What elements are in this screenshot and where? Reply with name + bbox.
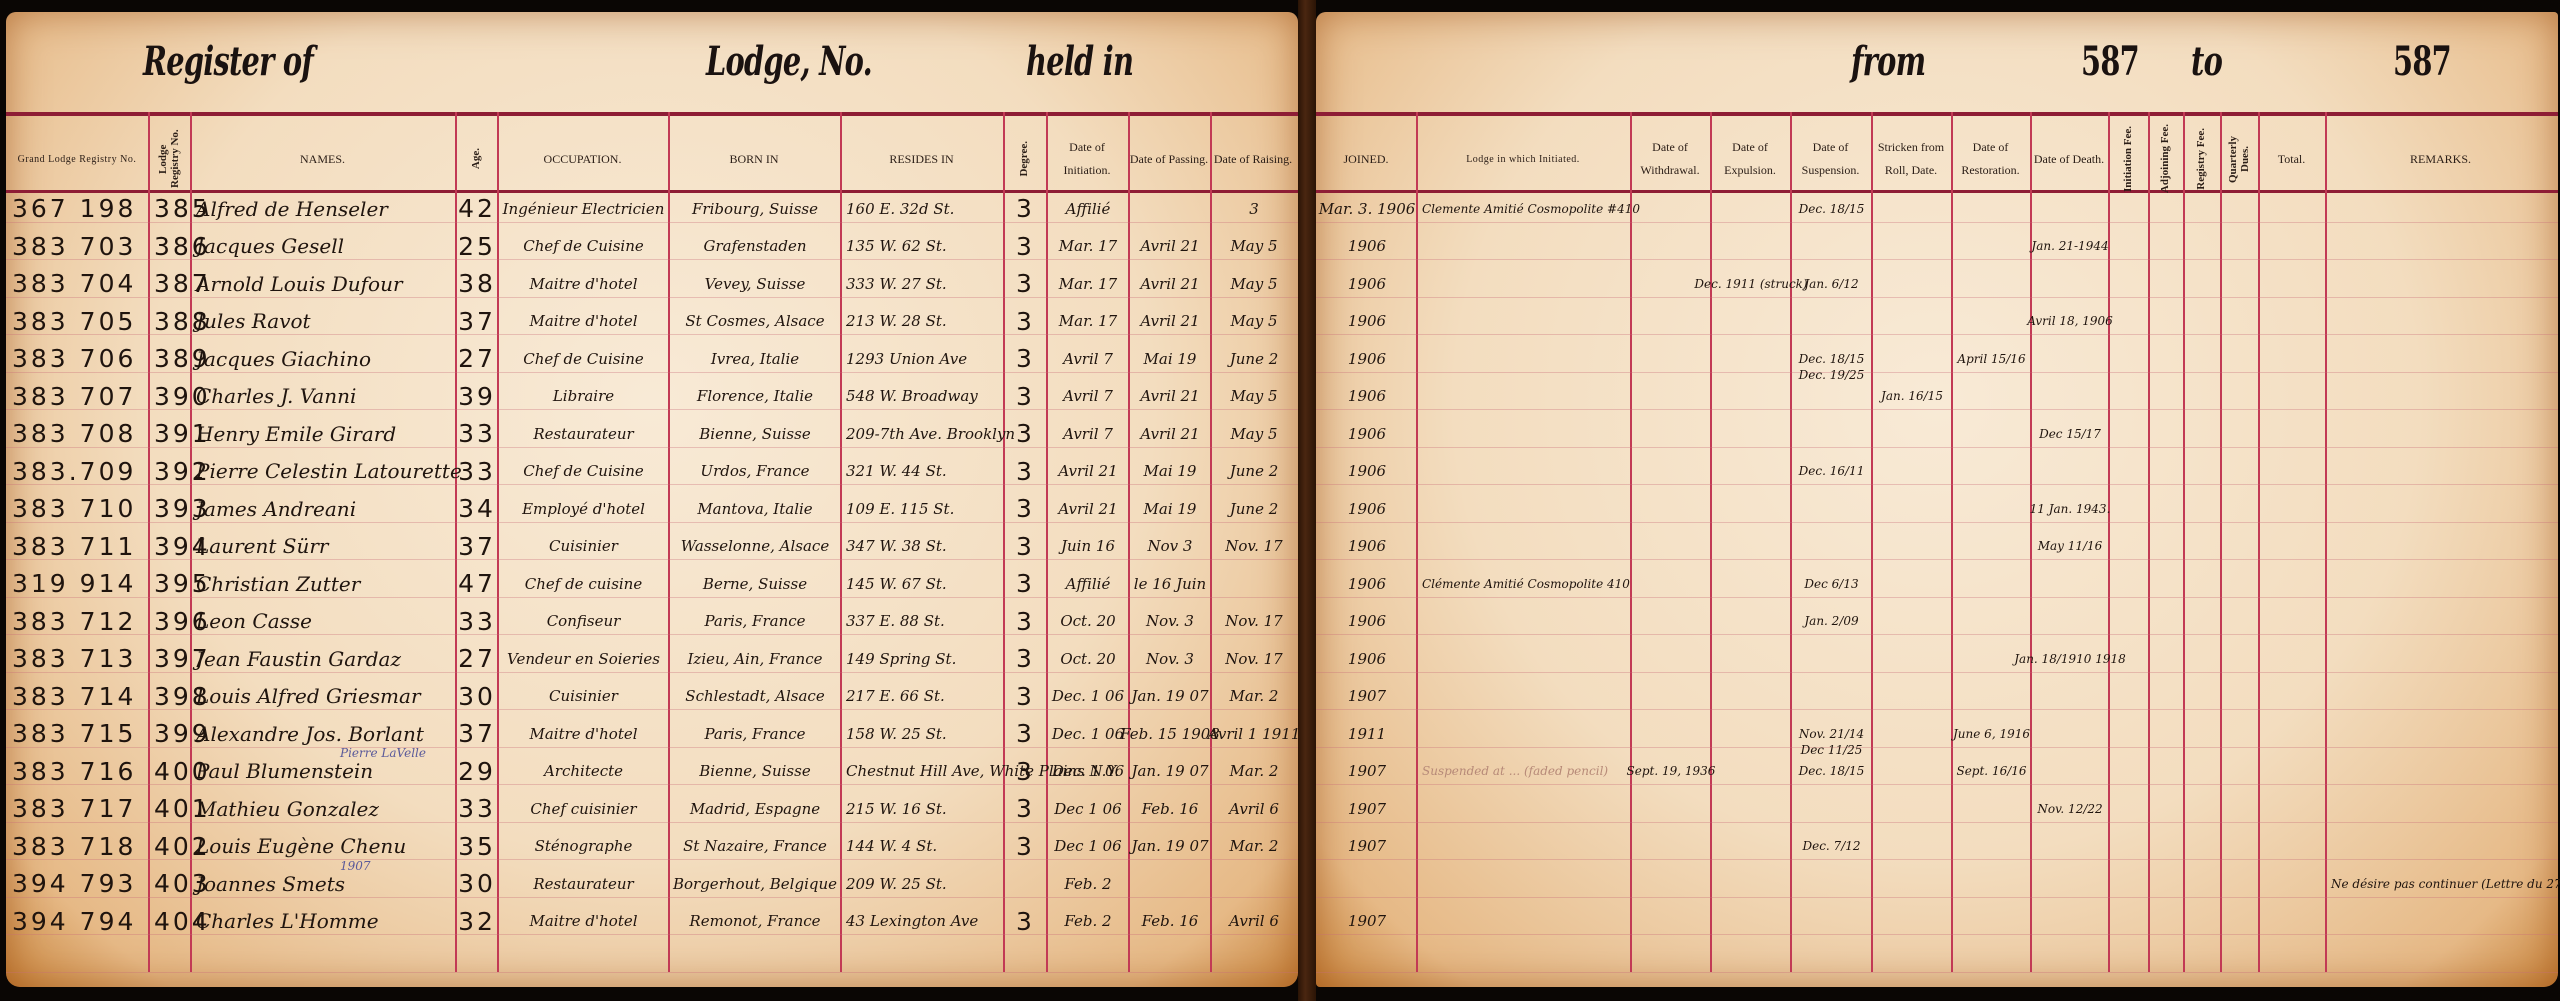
- date-withdrawal-cell: [1636, 453, 1706, 490]
- date-raising-cell: Nov. 17: [1216, 603, 1292, 640]
- lodge-registry-no-cell: 386: [154, 228, 186, 265]
- grand-lodge-registry-no-cell: 383 714: [12, 678, 144, 715]
- column-divider: [840, 112, 842, 972]
- date-expulsion-cell: [1716, 528, 1786, 565]
- member-name-cell: Charles J. Vanni: [196, 378, 451, 415]
- date-passing-cell: Jan. 19 07: [1134, 753, 1206, 790]
- column-header: Stricken from Roll, Date.: [1871, 124, 1951, 194]
- lodge-initiated-cell: Clémente Amitié Cosmopolite 410: [1422, 565, 1626, 602]
- column-divider: [2220, 112, 2222, 972]
- title-to: to: [2191, 38, 2222, 85]
- date-raising-cell: Avril 6: [1216, 790, 1292, 827]
- column-divider: [1951, 112, 1953, 972]
- column-divider: [1416, 112, 1418, 972]
- age-cell: 39: [461, 378, 493, 415]
- grand-lodge-registry-no-cell: 383 717: [12, 790, 144, 827]
- lodge-initiated-cell: [1422, 453, 1626, 490]
- column-header-label: Date of Raising.: [1214, 148, 1292, 171]
- date-restoration-cell: [1957, 378, 2026, 415]
- column-divider: [2325, 112, 2327, 972]
- column-header: Lodge Registry No.: [148, 124, 190, 194]
- remarks-cell: [2331, 753, 2552, 790]
- degree-cell: 3: [1009, 303, 1042, 340]
- grand-lodge-registry-no-cell: 319 914: [12, 565, 144, 602]
- member-name-cell: Louis Eugène Chenu: [196, 828, 451, 865]
- degree-cell: 3: [1009, 715, 1042, 752]
- joined-cell: 1907: [1322, 828, 1412, 865]
- book-gutter: [1298, 0, 1316, 1001]
- date-passing-cell: Avril 21: [1134, 378, 1206, 415]
- column-header-label: Date of Death.: [2034, 148, 2104, 171]
- resides-in-cell: 43 Lexington Ave: [846, 903, 999, 940]
- date-withdrawal-cell: [1636, 340, 1706, 377]
- member-name-cell: James Andreani: [196, 490, 451, 527]
- column-divider: [1210, 112, 1212, 972]
- date-initiation-cell: Dec 1 06: [1052, 790, 1124, 827]
- date-expulsion-cell: [1716, 790, 1786, 827]
- total-cell: [2264, 228, 2321, 265]
- date-passing-cell: Feb. 16: [1134, 790, 1206, 827]
- date-restoration-cell: [1957, 490, 2026, 527]
- date-suspension-cell: [1796, 228, 1867, 265]
- born-in-cell: Madrid, Espagne: [674, 790, 836, 827]
- remarks-cell: [2331, 453, 2552, 490]
- born-in-cell: Bienne, Suisse: [674, 415, 836, 452]
- stricken-from-roll-cell: [1877, 715, 1947, 752]
- remarks-cell: [2331, 303, 2552, 340]
- lodge-initiated-cell: [1422, 303, 1626, 340]
- date-restoration-cell: [1957, 865, 2026, 902]
- column-divider: [497, 112, 499, 972]
- date-suspension-cell: [1796, 378, 1867, 415]
- joined-cell: 1906: [1322, 265, 1412, 302]
- date-passing-cell: Jan. 19 07: [1134, 678, 1206, 715]
- total-cell: [2264, 678, 2321, 715]
- resides-in-cell: 149 Spring St.: [846, 640, 999, 677]
- stricken-from-roll-cell: [1877, 228, 1947, 265]
- date-restoration-cell: [1957, 228, 2026, 265]
- column-header: Quarterly Dues.: [2220, 124, 2258, 194]
- resides-in-cell: 333 W. 27 St.: [846, 265, 999, 302]
- stricken-from-roll-cell: [1877, 453, 1947, 490]
- date-raising-cell: Avril 1 1911: [1216, 715, 1292, 752]
- date-suspension-cell: [1796, 678, 1867, 715]
- occupation-cell: Libraire: [503, 378, 664, 415]
- date-raising-cell: May 5: [1216, 228, 1292, 265]
- column-header-label: JOINED.: [1344, 148, 1389, 171]
- lodge-initiated-cell: [1422, 640, 1626, 677]
- total-cell: [2264, 715, 2321, 752]
- column-header-label: Adjoining Fee.: [2159, 124, 2171, 193]
- grand-lodge-registry-no-cell: 383 710: [12, 490, 144, 527]
- remarks-cell: [2331, 340, 2552, 377]
- date-initiation-cell: Feb. 2: [1052, 903, 1124, 940]
- occupation-cell: Chef de Cuisine: [503, 453, 664, 490]
- age-cell: 27: [461, 340, 493, 377]
- date-death-cell: Jan. 18/1910 1918: [2036, 640, 2104, 677]
- total-cell: [2264, 415, 2321, 452]
- date-suspension-cell: [1796, 640, 1867, 677]
- column-divider: [1003, 112, 1005, 972]
- lodge-registry-no-cell: 399: [154, 715, 186, 752]
- age-cell: 33: [461, 790, 493, 827]
- date-passing-cell: Mai 19: [1134, 340, 1206, 377]
- stricken-from-roll-cell: [1877, 490, 1947, 527]
- date-expulsion-cell: [1716, 378, 1786, 415]
- total-cell: [2264, 640, 2321, 677]
- total-cell: [2264, 603, 2321, 640]
- age-cell: 30: [461, 678, 493, 715]
- date-initiation-cell: Oct. 20: [1052, 640, 1124, 677]
- date-restoration-cell: [1957, 828, 2026, 865]
- stricken-from-roll-cell: [1877, 753, 1947, 790]
- lodge-registry-no-cell: 388: [154, 303, 186, 340]
- date-raising-cell: May 5: [1216, 265, 1292, 302]
- stricken-from-roll-cell: [1877, 828, 1947, 865]
- member-name-cell: Jacques Gesell: [196, 228, 451, 265]
- degree-cell: 3: [1009, 903, 1042, 940]
- age-cell: 34: [461, 490, 493, 527]
- date-suspension-cell: Jan. 2/09: [1796, 603, 1867, 640]
- date-death-cell: [2036, 565, 2104, 602]
- joined-cell: Mar. 3. 1906: [1322, 190, 1412, 227]
- title-from: from: [1851, 38, 1925, 85]
- date-expulsion-cell: [1716, 678, 1786, 715]
- column-header-label: Lodge in which Initiated.: [1466, 150, 1580, 169]
- lodge-registry-no-cell: 398: [154, 678, 186, 715]
- name-annotation: Pierre LaVelle: [340, 735, 426, 772]
- degree-cell: 3: [1009, 565, 1042, 602]
- lodge-registry-no-cell: 403: [154, 865, 186, 902]
- total-cell: [2264, 790, 2321, 827]
- degree-cell: 3: [1009, 603, 1042, 640]
- born-in-cell: Fribourg, Suisse: [674, 190, 836, 227]
- date-death-cell: [2036, 190, 2104, 227]
- resides-in-cell: 145 W. 67 St.: [846, 565, 999, 602]
- date-initiation-cell: Oct. 20: [1052, 603, 1124, 640]
- title-register-of: Register of: [143, 38, 313, 85]
- date-passing-cell: Nov 3: [1134, 528, 1206, 565]
- date-death-cell: [2036, 340, 2104, 377]
- date-raising-cell: [1216, 865, 1292, 902]
- date-suspension-cell: [1796, 490, 1867, 527]
- born-in-cell: Vevey, Suisse: [674, 265, 836, 302]
- lodge-initiated-cell: [1422, 265, 1626, 302]
- date-suspension-cell: Dec 6/13: [1796, 565, 1867, 602]
- date-death-cell: [2036, 265, 2104, 302]
- date-expulsion-cell: [1716, 303, 1786, 340]
- member-name-cell: Christian Zutter: [196, 565, 451, 602]
- remarks-cell: [2331, 415, 2552, 452]
- date-initiation-cell: Juin 16: [1052, 528, 1124, 565]
- stricken-from-roll-cell: [1877, 265, 1947, 302]
- date-initiation-cell: Mar. 17: [1052, 228, 1124, 265]
- date-passing-cell: Avril 21: [1134, 415, 1206, 452]
- column-divider: [668, 112, 670, 972]
- lodge-initiated-cell: [1422, 603, 1626, 640]
- born-in-cell: St Nazaire, France: [674, 828, 836, 865]
- degree-cell: 3: [1009, 228, 1042, 265]
- lodge-registry-no-cell: 395: [154, 565, 186, 602]
- lodge-initiated-cell: [1422, 490, 1626, 527]
- joined-cell: 1906: [1322, 528, 1412, 565]
- joined-cell: 1907: [1322, 753, 1412, 790]
- stricken-from-roll-cell: [1877, 565, 1947, 602]
- age-cell: 35: [461, 828, 493, 865]
- member-name-cell: Jacques Giachino: [196, 340, 451, 377]
- row-rule: [6, 972, 1298, 973]
- remarks-cell: [2331, 715, 2552, 752]
- grand-lodge-registry-no-cell: 383 712: [12, 603, 144, 640]
- born-in-cell: Wasselonne, Alsace: [674, 528, 836, 565]
- occupation-cell: Sténographe: [503, 828, 664, 865]
- stricken-from-roll-cell: [1877, 678, 1947, 715]
- date-withdrawal-cell: [1636, 565, 1706, 602]
- grand-lodge-registry-no-cell: 367 198: [12, 190, 144, 227]
- lodge-initiated-cell: [1422, 415, 1626, 452]
- joined-cell: 1907: [1322, 903, 1412, 940]
- date-passing-cell: Avril 21: [1134, 265, 1206, 302]
- joined-cell: 1906: [1322, 228, 1412, 265]
- born-in-cell: Izieu, Ain, France: [674, 640, 836, 677]
- member-name-cell: Alfred de Henseler: [196, 190, 451, 227]
- lodge-registry-no-cell: 390: [154, 378, 186, 415]
- born-in-cell: Bienne, Suisse: [674, 753, 836, 790]
- born-in-cell: Urdos, France: [674, 453, 836, 490]
- date-suspension-cell: [1796, 790, 1867, 827]
- occupation-cell: Chef cuisinier: [503, 790, 664, 827]
- date-passing-cell: le 16 Juin: [1134, 565, 1206, 602]
- date-expulsion-cell: [1716, 753, 1786, 790]
- column-header: Date of Passing.: [1128, 124, 1210, 194]
- column-header: Initiation Fee.: [2108, 124, 2148, 194]
- remarks-cell: [2331, 228, 2552, 265]
- resides-in-cell: 215 W. 16 St.: [846, 790, 999, 827]
- column-divider: [1710, 112, 1712, 972]
- degree-cell: 3: [1009, 415, 1042, 452]
- resides-in-cell: 337 E. 88 St.: [846, 603, 999, 640]
- date-death-cell: Jan. 21-1944: [2036, 228, 2104, 265]
- date-passing-cell: Nov. 3: [1134, 603, 1206, 640]
- remarks-cell: [2331, 378, 2552, 415]
- date-expulsion-cell: [1716, 490, 1786, 527]
- remarks-cell: [2331, 678, 2552, 715]
- date-raising-cell: Mar. 2: [1216, 828, 1292, 865]
- resides-in-cell: 548 W. Broadway: [846, 378, 999, 415]
- remarks-cell: [2331, 265, 2552, 302]
- grand-lodge-registry-no-cell: 383.709: [12, 453, 144, 490]
- lodge-registry-no-cell: 391: [154, 415, 186, 452]
- date-restoration-cell: [1957, 603, 2026, 640]
- date-suspension-cell: [1796, 903, 1867, 940]
- column-divider: [1630, 112, 1632, 972]
- lodge-initiated-cell: [1422, 228, 1626, 265]
- remarks-cell: [2331, 603, 2552, 640]
- date-raising-cell: May 5: [1216, 378, 1292, 415]
- stricken-from-roll-cell: [1877, 415, 1947, 452]
- degree-cell: [1009, 865, 1042, 902]
- occupation-cell: Confiseur: [503, 603, 664, 640]
- degree-cell: 3: [1009, 340, 1042, 377]
- date-death-cell: [2036, 678, 2104, 715]
- joined-cell: 1906: [1322, 490, 1412, 527]
- joined-cell: 1906: [1322, 565, 1412, 602]
- member-name-cell: Arnold Louis Dufour: [196, 265, 451, 302]
- grand-lodge-registry-no-cell: 383 718: [12, 828, 144, 865]
- occupation-cell: Maitre d'hotel: [503, 265, 664, 302]
- total-cell: [2264, 265, 2321, 302]
- remarks-cell: [2331, 640, 2552, 677]
- lodge-registry-no-cell: 394: [154, 528, 186, 565]
- date-restoration-cell: [1957, 453, 2026, 490]
- lodge-registry-no-cell: 397: [154, 640, 186, 677]
- age-cell: 38: [461, 265, 493, 302]
- joined-cell: 1907: [1322, 790, 1412, 827]
- date-expulsion-cell: [1716, 340, 1786, 377]
- lodge-registry-no-cell: 396: [154, 603, 186, 640]
- total-cell: [2264, 565, 2321, 602]
- date-raising-cell: Mar. 2: [1216, 678, 1292, 715]
- occupation-cell: Chef de cuisine: [503, 565, 664, 602]
- date-suspension-cell: [1796, 865, 1867, 902]
- date-raising-cell: Mar. 2: [1216, 753, 1292, 790]
- column-header: Age.: [455, 124, 497, 194]
- stricken-from-roll-cell: Jan. 16/15: [1877, 378, 1947, 415]
- total-cell: [2264, 303, 2321, 340]
- age-cell: 33: [461, 453, 493, 490]
- date-expulsion-cell: [1716, 603, 1786, 640]
- lodge-registry-no-cell: 389: [154, 340, 186, 377]
- member-name-cell: Louis Alfred Griesmar: [196, 678, 451, 715]
- occupation-cell: Cuisinier: [503, 678, 664, 715]
- member-name-cell: Jean Faustin Gardaz: [196, 640, 451, 677]
- age-cell: 25: [461, 228, 493, 265]
- lodge-initiated-cell: [1422, 378, 1626, 415]
- column-header-label: RESIDES IN: [889, 148, 953, 171]
- column-header-label: REMARKS.: [2410, 148, 2471, 171]
- column-header: Date of Raising.: [1210, 124, 1296, 194]
- date-expulsion-cell: [1716, 903, 1786, 940]
- date-death-cell: [2036, 903, 2104, 940]
- date-expulsion-cell: [1716, 715, 1786, 752]
- date-restoration-cell: April 15/16: [1957, 340, 2026, 377]
- column-header: NAMES.: [190, 124, 455, 194]
- lodge-initiated-cell: [1422, 715, 1626, 752]
- date-death-cell: [2036, 753, 2104, 790]
- resides-in-cell: 209-7th Ave. Brooklyn: [846, 415, 999, 452]
- title-held-in: held in: [1026, 38, 1133, 85]
- date-restoration-cell: [1957, 565, 2026, 602]
- total-cell: [2264, 865, 2321, 902]
- occupation-cell: Chef de Cuisine: [503, 340, 664, 377]
- date-passing-cell: Jan. 19 07: [1134, 828, 1206, 865]
- date-expulsion-cell: [1716, 640, 1786, 677]
- resides-in-cell: 213 W. 28 St.: [846, 303, 999, 340]
- column-header-label: Date of Passing.: [1130, 148, 1208, 171]
- date-raising-cell: Nov. 17: [1216, 640, 1292, 677]
- occupation-cell: Maitre d'hotel: [503, 715, 664, 752]
- date-passing-cell: Mai 19: [1134, 490, 1206, 527]
- date-raising-cell: 3: [1216, 190, 1292, 227]
- column-divider: [148, 112, 150, 972]
- resides-in-cell: 217 E. 66 St.: [846, 678, 999, 715]
- header-top-rule: [1316, 112, 2558, 116]
- total-cell: [2264, 528, 2321, 565]
- date-death-cell: [2036, 828, 2104, 865]
- resides-in-cell: 158 W. 25 St.: [846, 715, 999, 752]
- column-divider: [455, 112, 457, 972]
- date-restoration-cell: Sept. 16/16: [1957, 753, 2026, 790]
- lodge-registry-no-cell: 385: [154, 190, 186, 227]
- column-header-label: Lodge Registry No.: [157, 124, 181, 194]
- total-cell: [2264, 753, 2321, 790]
- column-header-label: Initiation Fee.: [2122, 126, 2134, 192]
- occupation-cell: Ingénieur Electricien: [503, 190, 664, 227]
- remarks-cell: [2331, 790, 2552, 827]
- grand-lodge-registry-no-cell: 383 715: [12, 715, 144, 752]
- date-initiation-cell: Dec 1 06: [1052, 828, 1124, 865]
- remarks-cell: Ne désire pas continuer (Lettre du 27 Fé…: [2331, 865, 2552, 902]
- date-withdrawal-cell: [1636, 790, 1706, 827]
- joined-cell: 1906: [1322, 415, 1412, 452]
- date-raising-cell: June 2: [1216, 340, 1292, 377]
- column-header-label: OCCUPATION.: [544, 148, 622, 171]
- date-withdrawal-cell: [1636, 828, 1706, 865]
- date-withdrawal-cell: [1636, 640, 1706, 677]
- date-death-cell: [2036, 453, 2104, 490]
- date-suspension-cell: [1796, 415, 1867, 452]
- title-lodge-no: Lodge, No.: [706, 38, 872, 85]
- date-expulsion-cell: [1716, 228, 1786, 265]
- date-withdrawal-cell: Sept. 19, 1936: [1636, 753, 1706, 790]
- date-death-cell: [2036, 715, 2104, 752]
- age-cell: 33: [461, 415, 493, 452]
- column-header: BORN IN: [668, 124, 840, 194]
- lodge-initiated-cell: [1422, 790, 1626, 827]
- resides-in-cell: 1293 Union Ave: [846, 340, 999, 377]
- date-passing-cell: Nov. 3: [1134, 640, 1206, 677]
- column-header-label: Date of Expulsion.: [1710, 136, 1790, 182]
- date-passing-cell: Feb. 16: [1134, 903, 1206, 940]
- right-page: from 587 to 587 JOINED.Lodge in which In…: [1316, 12, 2558, 987]
- column-header-label: Stricken from Roll, Date.: [1871, 136, 1951, 182]
- total-cell: [2264, 190, 2321, 227]
- date-death-cell: 11 Jan. 1943.: [2036, 490, 2104, 527]
- date-expulsion-cell: [1716, 865, 1786, 902]
- title-to-value: 587: [2393, 38, 2451, 85]
- grand-lodge-registry-no-cell: 383 705: [12, 303, 144, 340]
- lodge-registry-no-cell: 393: [154, 490, 186, 527]
- remarks-cell: [2331, 490, 2552, 527]
- occupation-cell: Chef de Cuisine: [503, 228, 664, 265]
- date-withdrawal-cell: [1636, 378, 1706, 415]
- member-name-cell: Joannes Smets: [196, 865, 451, 902]
- stricken-from-roll-cell: [1877, 190, 1947, 227]
- born-in-cell: Mantova, Italie: [674, 490, 836, 527]
- column-header: Adjoining Fee.: [2148, 124, 2183, 194]
- member-name-cell: Henry Emile Girard: [196, 415, 451, 452]
- lodge-initiated-cell: Clemente Amitié Cosmopolite #410: [1422, 190, 1626, 227]
- member-name-cell: Jules Ravot: [196, 303, 451, 340]
- date-withdrawal-cell: [1636, 903, 1706, 940]
- grand-lodge-registry-no-cell: 383 713: [12, 640, 144, 677]
- member-name-cell: Mathieu Gonzalez: [196, 790, 451, 827]
- joined-cell: 1906: [1322, 378, 1412, 415]
- date-initiation-cell: Dec. 1 06: [1052, 678, 1124, 715]
- joined-cell: 1907: [1322, 678, 1412, 715]
- date-death-cell: Nov. 12/22: [2036, 790, 2104, 827]
- lodge-registry-no-cell: 387: [154, 265, 186, 302]
